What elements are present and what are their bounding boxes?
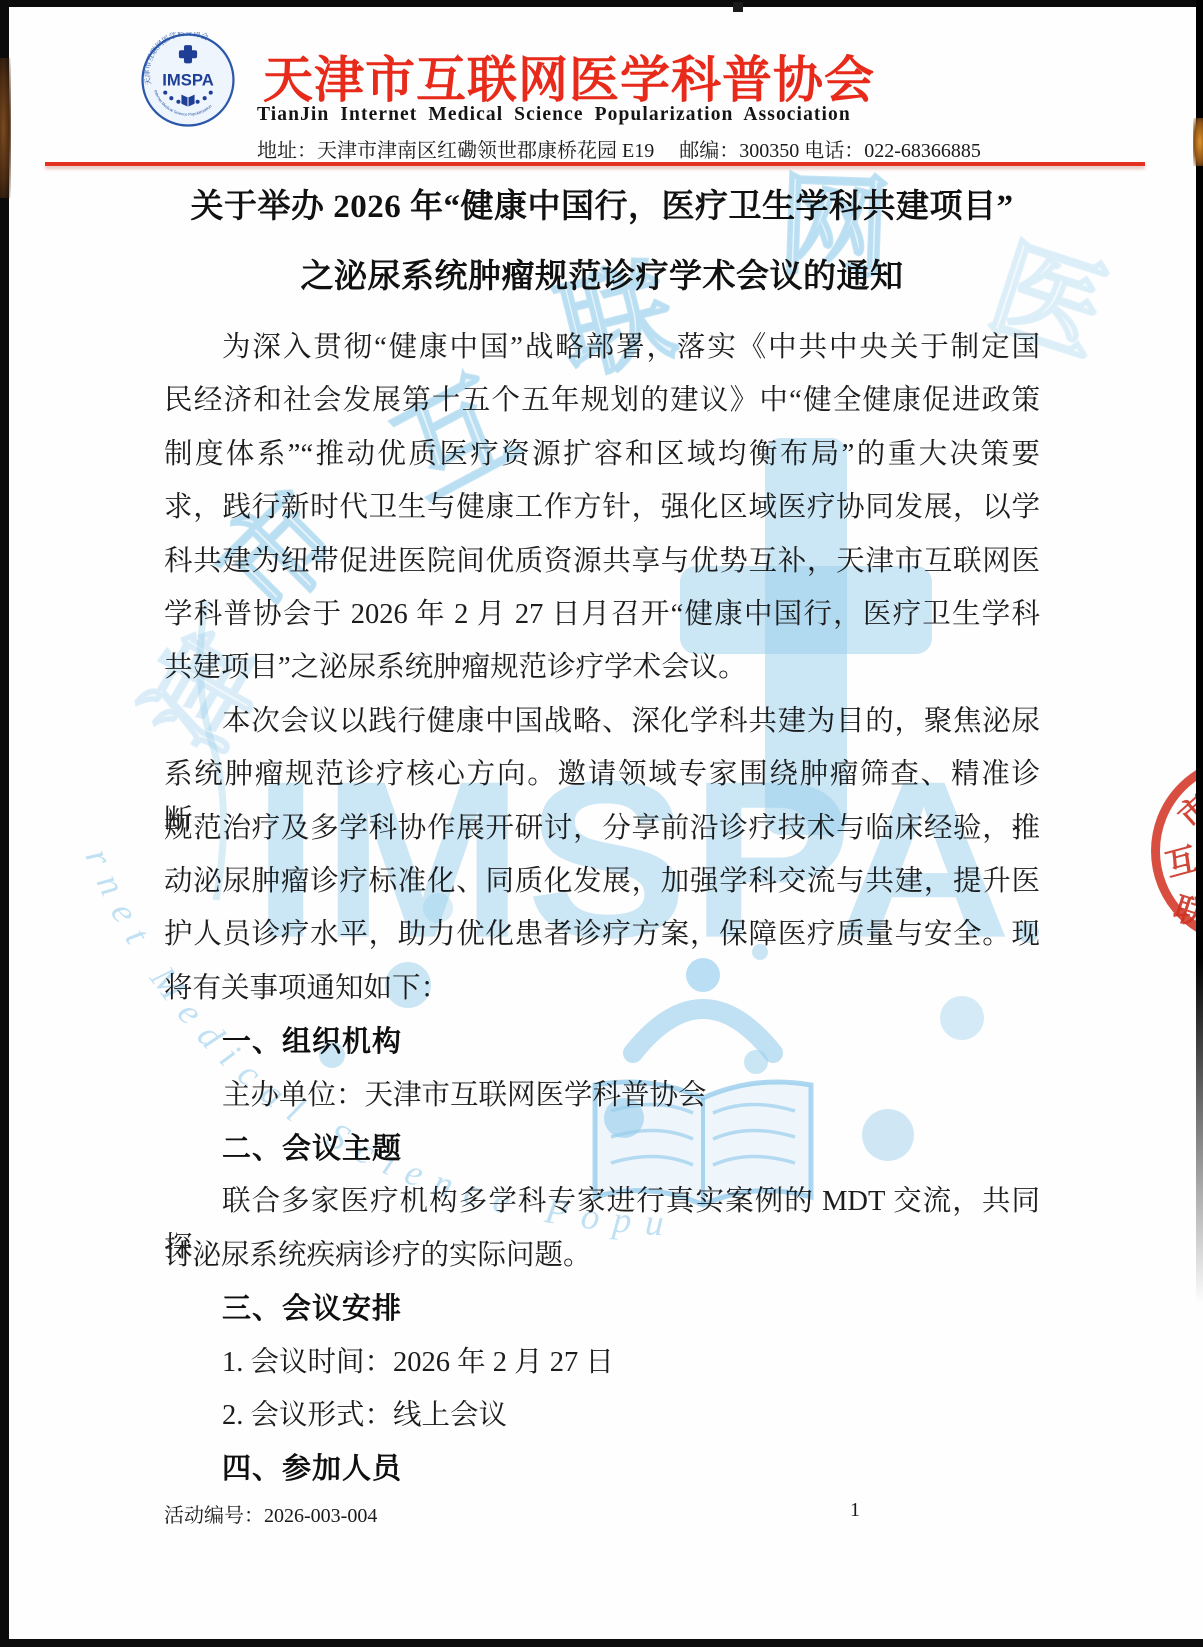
body-line: 规范治疗及多学科协作展开研讨，分享前沿诊疗技术与临床经验，推 <box>164 806 1040 854</box>
org-address-line: 地址：天津市津南区红磡领世郡康桥花园 E19 邮编：300350 电话：022-… <box>257 134 957 163</box>
scan-edge-top <box>0 0 1203 7</box>
body-line: 制度体系”“推动优质医疗资源扩容和区域均衡布局”的重大决策要 <box>164 432 1040 480</box>
body-line: 共建项目”之泌尿系统肿瘤规范诊疗学术会议。 <box>164 645 1040 693</box>
document-page: IMSPA 津 市 互 联 网 医 rnet Medical Science P… <box>0 0 1203 1647</box>
body-line: 联合多家医疗机构多学科专家进行真实案例的 MDT 交流，共同探 <box>164 1179 1040 1227</box>
scan-edge-left <box>0 0 9 1647</box>
body-line: 系统肿瘤规范诊疗核心方向。邀请领域专家围绕肿瘤筛查、精准诊断、 <box>164 752 1040 800</box>
body-line: 讨泌尿系统疾病诊疗的实际问题。 <box>164 1233 1040 1281</box>
document-title-line1: 关于举办 2026 年“健康中国行，医疗卫生学科共建项目” <box>150 180 1054 227</box>
body-line: 将有关事项通知如下： <box>164 966 1040 1014</box>
scan-edge-bottom <box>0 1639 1203 1647</box>
activity-number: 活动编号：2026-003-004 <box>164 1499 377 1528</box>
section-heading-4: 四、参加人员 <box>164 1446 1040 1494</box>
body-line: 2. 会议形式：线上会议 <box>164 1393 1040 1441</box>
section-heading-3: 三、会议安排 <box>164 1286 1040 1334</box>
body-line: 护人员诊疗水平，助力优化患者诊疗方案，保障医疗质量与安全。现 <box>164 912 1040 960</box>
body-line: 主办单位：天津市互联网医学科普协会 <box>164 1073 1040 1121</box>
scan-edge-right <box>1196 0 1203 1330</box>
body-line: 求，践行新时代卫生与健康工作方针，强化区域医疗协同发展，以学 <box>164 485 1040 533</box>
body-line: 本次会议以践行健康中国战略、深化学科共建为目的，聚焦泌尿 <box>164 699 1040 747</box>
body-line: 民经济和社会发展第十五个五年规划的建议》中“健全健康促进政策 <box>164 378 1040 426</box>
body-line: 科共建为纽带促进医院间优质资源共享与优势互补，天津市互联网医 <box>164 539 1040 587</box>
scan-edge-blob <box>1193 118 1203 166</box>
body-line: 动泌尿肿瘤诊疗标准化、同质化发展，加强学科交流与共建，提升医 <box>164 859 1040 907</box>
body-line: 为深入贯彻“健康中国”战略部署，落实《中共中央关于制定国 <box>164 325 1040 373</box>
association-logo: 天津市互联网医学科普协会 Internet Medical Science Po… <box>140 32 236 128</box>
document-title-line2: 之泌尿系统肿瘤规范诊疗学术会议的通知 <box>150 250 1054 297</box>
scan-edge-blob <box>0 58 11 198</box>
logo-imspa-text: IMSPA <box>162 71 214 90</box>
section-heading-2: 二、会议主题 <box>164 1126 1040 1174</box>
org-name-en: TianJin Internet Medical Science Popular… <box>257 104 907 126</box>
body-line: 1. 会议时间：2026 年 2 月 27 日 <box>164 1340 1040 1388</box>
org-name-zh: 天津市互联网医学科普协会 <box>263 40 903 112</box>
body-line: 学科普协会于 2026 年 2 月 27 日月召开“健康中国行，医疗卫生学科 <box>164 592 1040 640</box>
section-heading-1: 一、组织机构 <box>164 1019 1040 1067</box>
page-number: 1 <box>850 1499 860 1522</box>
scan-edge-mark <box>733 2 743 12</box>
header-divider <box>45 162 1145 166</box>
